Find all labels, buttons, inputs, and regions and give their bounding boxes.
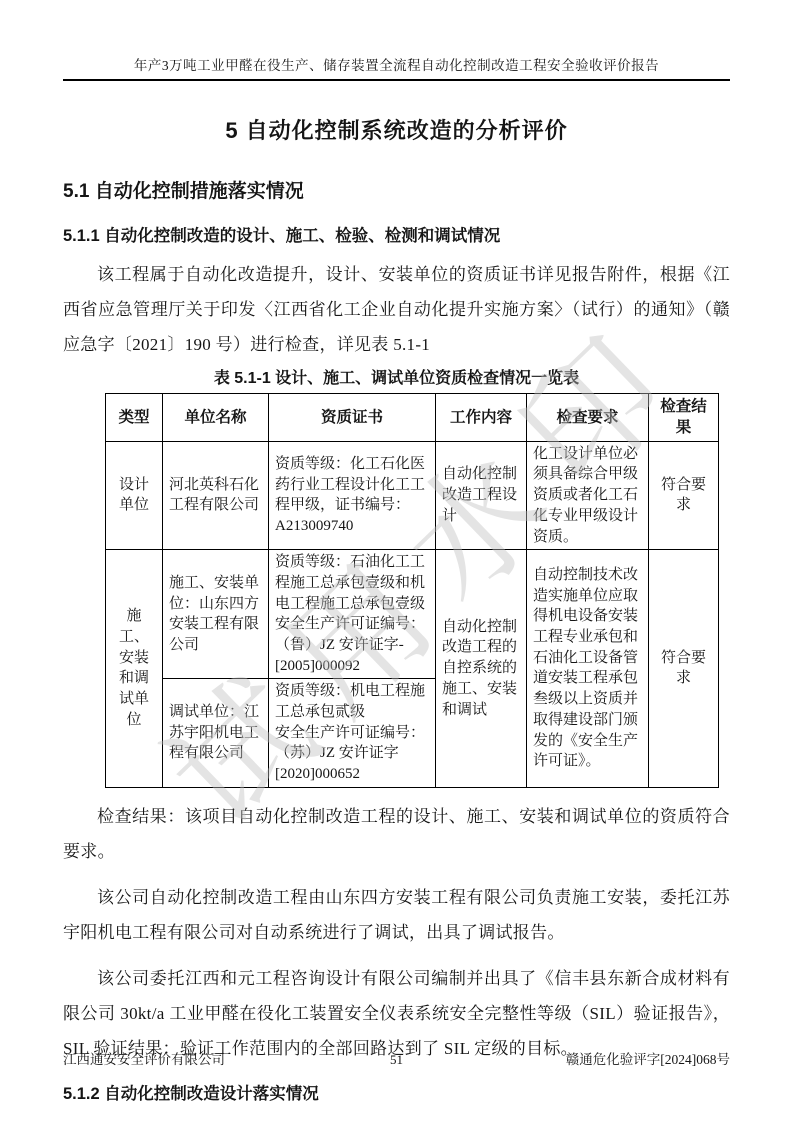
cell-construction-cert: 资质等级：石油化工工程施工总承包壹级和机电工程施工总承包壹级 安全生产许可证编号… bbox=[269, 550, 436, 679]
table-header-row: 类型 单位名称 资质证书 工作内容 检查要求 检查结果 bbox=[106, 394, 719, 442]
footer-doc-number: 赣通危化验评字[2024]068号 bbox=[403, 1048, 730, 1068]
qualification-check-table: 类型 单位名称 资质证书 工作内容 检查要求 检查结果 设计 单位 河北英科石化… bbox=[105, 393, 719, 788]
cell-design-result: 符合要求 bbox=[649, 441, 719, 549]
cell-design-type: 设计 单位 bbox=[106, 441, 163, 549]
chapter-title: 5 自动化控制系统改造的分析评价 bbox=[63, 114, 730, 145]
cell-design-cert: 资质等级：化工石化医药行业工程设计化工工程甲级，证书编号：A213009740 bbox=[269, 441, 436, 549]
page-footer: 江西通安安全评价有限公司 51 赣通危化验评字[2024]068号 bbox=[63, 1048, 730, 1068]
report-page: 试用水印 年产3万吨工业甲醛在役生产、储存装置全流程自动化控制改造工程安全验收评… bbox=[0, 0, 793, 1122]
footer-page-number: 51 bbox=[390, 1052, 403, 1068]
running-header: 年产3万吨工业甲醛在役生产、储存装置全流程自动化控制改造工程安全验收评价报告 bbox=[63, 54, 730, 81]
section-heading-5-1-2: 5.1.2 自动化控制改造设计落实情况 bbox=[63, 1080, 730, 1104]
page-content: 年产3万吨工业甲醛在役生产、储存装置全流程自动化控制改造工程安全验收评价报告 5… bbox=[0, 0, 793, 1104]
cell-install-requirement: 自动控制技术改造实施单位应取得机电设备安装工程专业承包和石油化工设备管道安装工程… bbox=[527, 550, 649, 788]
table-caption: 表 5.1-1 设计、施工、调试单位资质检查情况一览表 bbox=[63, 365, 730, 388]
section-heading-5-1: 5.1 自动化控制措施落实情况 bbox=[63, 176, 730, 203]
cell-design-work: 自动化控制改造工程设计 bbox=[436, 441, 527, 549]
construction-paragraph: 该公司自动化控制改造工程由山东四方安装工程有限公司负责施工安装，委托江苏宇阳机电… bbox=[63, 880, 730, 950]
cell-debug-cert: 资质等级：机电工程施工总承包贰级 安全生产许可证编号：（苏）JZ 安许证字[20… bbox=[269, 679, 436, 787]
cell-install-type: 施工、 安装 和调 试单 位 bbox=[106, 550, 163, 788]
check-result-paragraph: 检查结果：该项目自动化控制改造工程的设计、施工、安装和调试单位的资质符合要求。 bbox=[63, 799, 730, 869]
cell-design-requirement: 化工设计单位必须具备综合甲级资质或者化工石化专业甲级设计资质。 bbox=[527, 441, 649, 549]
cell-design-name: 河北英科石化工程有限公司 bbox=[163, 441, 269, 549]
table-row-construction-unit: 施工、 安装 和调 试单 位 施工、安装单位：山东四方安装工程有限公司 资质等级… bbox=[106, 550, 719, 679]
header-work: 工作内容 bbox=[436, 394, 527, 442]
header-requirement: 检查要求 bbox=[527, 394, 649, 442]
cell-debug-name: 调试单位：江苏宇阳机电工程有限公司 bbox=[163, 679, 269, 787]
table-row-design-unit: 设计 单位 河北英科石化工程有限公司 资质等级：化工石化医药行业工程设计化工工程… bbox=[106, 441, 719, 549]
header-result: 检查结果 bbox=[649, 394, 719, 442]
footer-company: 江西通安安全评价有限公司 bbox=[63, 1048, 390, 1068]
header-unit-name: 单位名称 bbox=[163, 394, 269, 442]
cell-install-result: 符合要求 bbox=[649, 550, 719, 788]
intro-paragraph: 该工程属于自动化改造提升，设计、安装单位的资质证书详见报告附件，根据《江西省应急… bbox=[63, 257, 730, 362]
header-type: 类型 bbox=[106, 394, 163, 442]
section-heading-5-1-1: 5.1.1 自动化控制改造的设计、施工、检验、检测和调试情况 bbox=[63, 222, 730, 246]
cell-construction-name: 施工、安装单位：山东四方安装工程有限公司 bbox=[163, 550, 269, 679]
cell-install-work: 自动化控制改造工程的自控系统的施工、安装和调试 bbox=[436, 550, 527, 788]
header-cert: 资质证书 bbox=[269, 394, 436, 442]
